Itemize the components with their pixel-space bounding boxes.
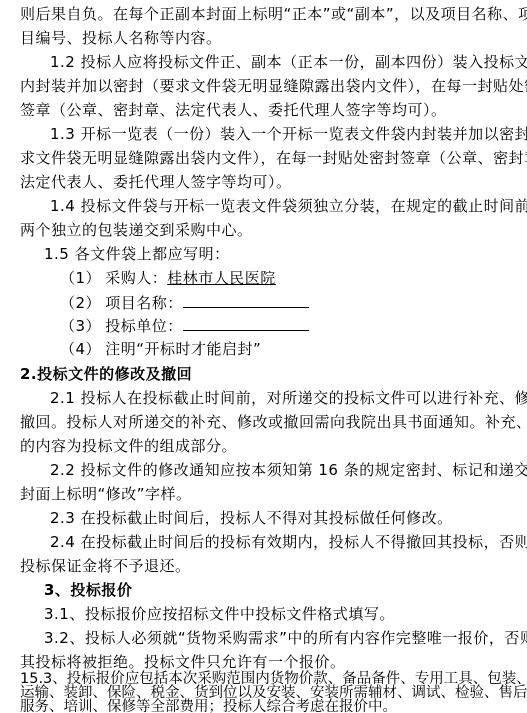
list-label: 项目名称： [105,294,183,312]
paragraph-line: 撤回。投标人对所递交的补充、修改或撤回需向我院出具书面通知。补充、修改 [20,412,527,432]
project-name-blank [183,292,309,308]
paragraph-line: 2.4 在投标截止时间后的投标有效期内，投标人不得撤回其投标，否则其全部 [50,532,527,552]
paragraph-line: 封面上标明“修改”字样。 [20,484,192,504]
paragraph-line: 目编号、投标人名称等内容。 [20,28,222,48]
paragraph-line: 法定代表人、委托代理人签字等均可）。 [20,172,292,192]
paragraph-line: 2.1 投标人在投标截止时间前，对所递交的投标文件可以进行补充、修改或 [50,388,527,408]
paragraph-line: 1.3 开标一览表（一份）装入一个开标一览表文件袋内封装并加以密封（要 [50,124,527,144]
section-heading: 3、投标报价 [44,580,132,600]
paragraph-line: 2.2 投标文件的修改通知应按本须知第 16 条的规定密封、标记和递交，并在 [50,460,527,480]
list-label: 采购人： [105,269,167,287]
paragraph-line: 其投标将被拒绝。投标文件只允许有一个报价。 [20,652,346,672]
list-item: （4） 注明“开标时才能启封” [60,339,261,359]
list-number: （3） [60,316,100,336]
paragraph-line: 3.2、投标人必须就“货物采购需求”中的所有内容作完整唯一报价，否则， [44,628,527,648]
paragraph-line: 签章（公章、密封章、法定代表人、委托代理人签字等均可）。 [20,100,447,120]
paragraph-line: 的内容为投标文件的组成部分。 [20,436,237,456]
paragraph-line: 2.3 在投标截止时间后，投标人不得对其投标做任何修改。 [50,508,453,528]
paragraph-line: 1.4 投标文件袋与开标一览表文件袋须独立分装，在规定的截止时间前，以 [50,196,527,216]
list-label: 投标单位： [105,317,183,335]
list-number: （4） [60,339,100,359]
paragraph-line: 两个独立的包装递交到采购中心。 [20,220,253,240]
paragraph-line: 1.2 投标人应将投标文件正、副本（正本一份，副本四份）装入投标文件袋 [50,52,527,72]
paragraph-line: 1.5 各文件袋上都应写明： [44,244,230,264]
list-number: （1） [60,268,100,288]
paragraph-line: 投标保证金将不予退还。 [20,556,191,576]
purchaser-name: 桂林市人民医院 [167,269,276,287]
list-item: （3） 投标单位： [60,315,309,336]
list-number: （2） [60,293,100,313]
list-item: （1） 采购人：桂林市人民医院 [60,268,276,288]
paragraph-line: 15.3、投标报价应包括本次采购范围内货物价款、备品备件、专用工具、包装、 [20,672,527,686]
list-label: 注明“开标时才能启封” [105,340,261,358]
bidder-unit-blank [183,315,309,331]
paragraph-line: 求文件袋无明显缝隙露出袋内文件），在每一封贴处密封签章（公章、密封章、 [20,148,527,168]
paragraph-line: 则后果自负。在每个正副本封面上标明“正本”或“副本”，以及项目名称、项 [20,4,527,24]
paragraph-line: 3.1、投标报价应按招标文件中投标文件格式填写。 [44,604,395,624]
paragraph-line: 内封装并加以密封（要求文件袋无明显缝隙露出袋内文件），在每一封贴处密封 [20,76,527,96]
list-item: （2） 项目名称： [60,292,309,313]
section-heading: 2.投标文件的修改及撤回 [20,364,192,384]
paragraph-line: 服务、培训、保修等全部费用；投标人综合考虑在报价中。 [20,700,397,713]
paragraph-line: 运输、装卸、保险、税金、货到位以及安装、安装所需辅材、调试、检验、售后 [20,686,527,700]
